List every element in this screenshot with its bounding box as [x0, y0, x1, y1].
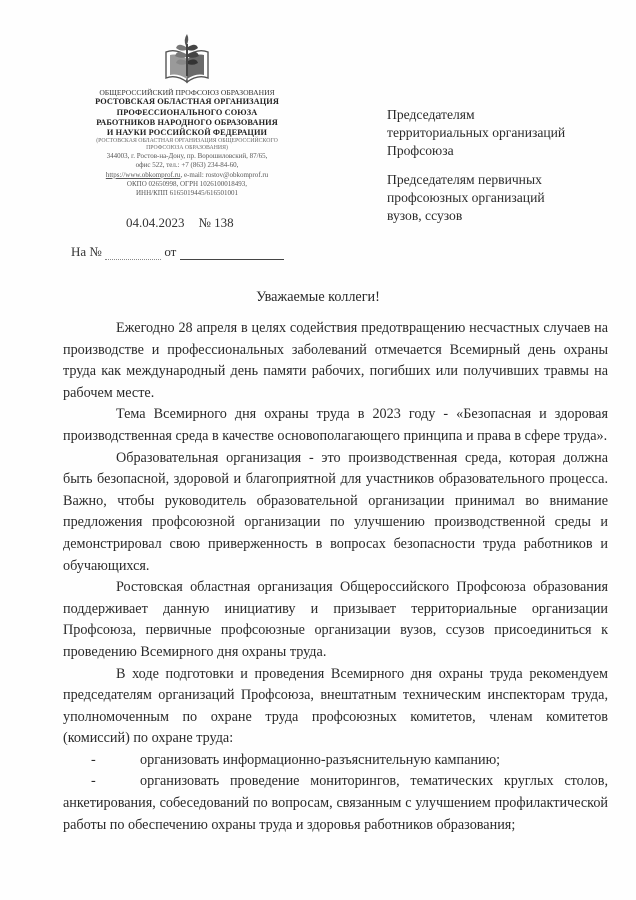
- addressee-line: вузов, ссузов: [387, 207, 617, 225]
- paragraph: Ежегодно 28 апреля в целях содействия пр…: [63, 318, 608, 404]
- okpo-ogrn-line: ОКПО 02650998, ОГРН 1026100018493,: [62, 180, 312, 189]
- reply-from-label: от: [164, 244, 176, 259]
- addressee-line: территориальных организаций: [387, 124, 617, 142]
- website-link[interactable]: https://www.obkomprof.ru: [106, 171, 181, 179]
- addressee-territorial: Председателям территориальных организаци…: [387, 106, 617, 160]
- list-bullet: -: [91, 771, 96, 793]
- org-alt-name-line-2: ПРОФСОЮЗА ОБРАЗОВАНИЯ): [62, 145, 312, 152]
- address-line-2: офис 522, тел.: +7 (863) 234-84-60,: [62, 161, 312, 170]
- org-name-line-2: ПРОФЕССИОНАЛЬНОГО СОЮЗА: [62, 108, 312, 118]
- addressee-line: Председателям первичных: [387, 171, 617, 189]
- addressees: Председателям территориальных организаци…: [387, 106, 617, 236]
- list-item-text: организовать проведение мониторингов, те…: [63, 773, 608, 832]
- list-item-text: организовать информационно-разъяснительн…: [116, 752, 500, 768]
- addressee-line: Профсоюза: [387, 142, 617, 160]
- org-name-line-3: РАБОТНИКОВ НАРОДНОГО ОБРАЗОВАНИЯ: [62, 118, 312, 128]
- document-number: № 138: [199, 215, 234, 230]
- reply-number-label: На №: [71, 244, 102, 259]
- org-name-line-4: И НАУКИ РОССИЙСКОЙ ФЕДЕРАЦИИ: [62, 128, 312, 138]
- paragraph: В ходе подготовки и проведения Всемирног…: [63, 664, 608, 750]
- reply-date-blank: [180, 248, 284, 260]
- addressee-primary: Председателям первичных профсоюзных орга…: [387, 171, 617, 225]
- email-text: , e-mail: rostov@obkomprof.ru: [180, 171, 268, 179]
- paragraph: Тема Всемирного дня охраны труда в 2023 …: [63, 404, 608, 447]
- list-item: -организовать информационно-разъяснитель…: [63, 750, 608, 772]
- profsoyuz-logo-icon: [162, 30, 212, 86]
- salutation: Уважаемые коллеги!: [0, 289, 636, 306]
- document-page: ОБЩЕРОССИЙСКИЙ ПРОФСОЮЗ ОБРАЗОВАНИЯ РОСТ…: [0, 0, 636, 900]
- addressee-line: Председателям: [387, 106, 617, 124]
- document-date: 04.04.2023: [126, 215, 185, 230]
- paragraph: Ростовская областная организация Общерос…: [63, 577, 608, 663]
- addressee-line: профсоюзных организаций: [387, 189, 617, 207]
- reply-number-blank: [105, 248, 161, 260]
- paragraph: Образовательная организация - это произв…: [63, 448, 608, 578]
- list-bullet: -: [91, 750, 96, 772]
- list-item: -организовать проведение мониторингов, т…: [63, 771, 608, 836]
- reply-reference: На № от: [71, 244, 284, 260]
- address-line-1: 344003, г. Ростов-на-Дону, пр. Ворошилов…: [62, 152, 312, 161]
- inn-kpp-line: ИНН/КПП 6165019445/616501001: [62, 189, 312, 198]
- union-name: ОБЩЕРОССИЙСКИЙ ПРОФСОЮЗ ОБРАЗОВАНИЯ: [62, 88, 312, 97]
- letter-body: Ежегодно 28 апреля в целях содействия пр…: [63, 318, 608, 836]
- letterhead: ОБЩЕРОССИЙСКИЙ ПРОФСОЮЗ ОБРАЗОВАНИЯ РОСТ…: [62, 30, 312, 198]
- org-name-line-1: РОСТОВСКАЯ ОБЛАСТНАЯ ОРГАНИЗАЦИЯ: [62, 97, 312, 107]
- document-date-number: 04.04.2023№ 138: [126, 215, 248, 231]
- contacts-line: https://www.obkomprof.ru, e-mail: rostov…: [62, 171, 312, 180]
